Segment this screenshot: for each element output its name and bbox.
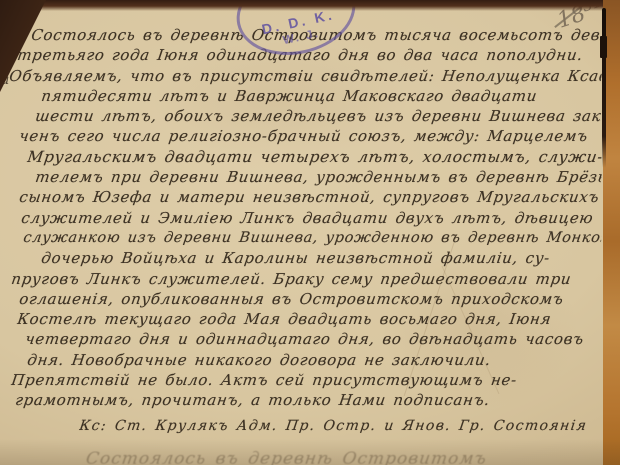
register-page-photo: Состоялось въ деревнѣ Островитомъ тысяча… [0,0,620,465]
manuscript-line: дня. Новобрачные никакого договора не за… [26,350,603,370]
page-edge-shadow [602,8,606,168]
manuscript-line: служанкою изъ деревни Вишнева, урожденно… [22,228,603,248]
manuscript-line: пруговъ Линкъ служителей. Браку сему пре… [10,269,603,289]
manuscript-line: Кс: Ст. Крулякъ Адм. Пр. Остр. и Янов. Г… [78,416,603,436]
manuscript-line: телемъ при деревни Вишнева, урожденнымъ … [34,167,603,187]
bottom-shadow [0,439,620,465]
manuscript-line: Мругальскимъ двадцати четырехъ лѣтъ, хол… [26,147,603,167]
manuscript-line: сыномъ Юзефа и матери неизвѣстной, супру… [18,187,603,207]
manuscript-line: пятидесяти лѣтъ и Вавржинца Маковскаго д… [40,86,603,106]
manuscript-line: ченъ сего числа религіозно-брачный союзъ… [18,126,603,146]
manuscript-line: дочерью Войцѣха и Каролины неизвѣстной ф… [40,248,603,268]
manuscript-line: Костелѣ текущаго года Мая двадцать восьм… [16,309,603,329]
manuscript-line: Препятствій не было. Актъ сей присутству… [10,370,603,390]
manuscript-line: грамотнымъ, прочитанъ, а только Нами под… [14,390,603,410]
table-edge-top [0,0,620,11]
manuscript-text-block: Состоялось въ деревнѣ Островитомъ тысяча… [0,25,600,436]
manuscript-line: шести лѣтъ, обоихъ земледѣльцевъ изъ дер… [34,106,603,126]
manuscript-line: четвертаго дня и одиннадцатаго дня, во д… [24,329,603,349]
page-edge-notch [600,36,607,58]
manuscript-line: Объявляемъ, что въ присутствіи свидѣтеле… [8,66,603,86]
manuscript-line: служителей и Эмиліею Линкъ двадцати двух… [20,208,603,228]
manuscript-line: оглашенія, опубликованныя въ Островитско… [18,289,603,309]
